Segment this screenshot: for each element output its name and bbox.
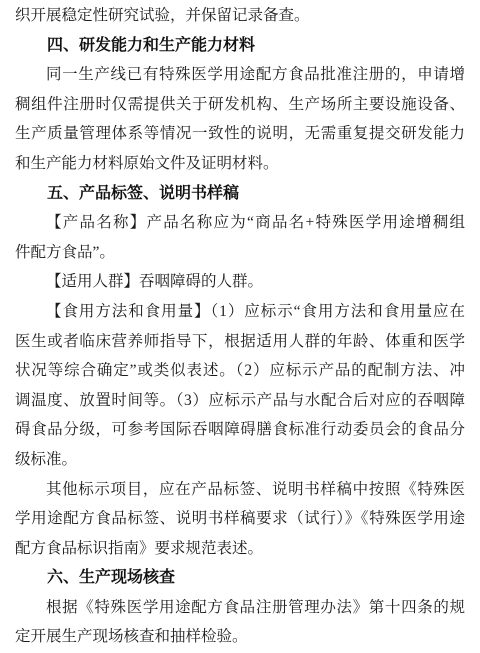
paragraph-line: 织开展稳定性研究试验，并保留记录备查。 bbox=[15, 1, 465, 31]
paragraph-line: 医生或者临床营养师指导下，根据适用人群的年龄、体重和医学 bbox=[15, 327, 465, 357]
paragraph-line: 和生产能力材料原始文件及证明材料。 bbox=[15, 149, 465, 179]
paragraph-line: 【产品名称】产品名称应为“商品名+特殊医学用途增稠组 bbox=[15, 208, 465, 238]
section-heading-5: 五、产品标签、说明书样稿 bbox=[15, 179, 465, 209]
paragraph-line: 级标准。 bbox=[15, 445, 465, 475]
paragraph: 根据《特殊医学用途配方食品注册管理办法》第十四条的规 定开展生产现场核查和抽样检… bbox=[15, 593, 465, 652]
paragraph-line: 状况等综合确定”或类似表述。（2）应标示产品的配制方法、冲 bbox=[15, 356, 465, 386]
section-heading-4: 四、研发能力和生产能力材料 bbox=[15, 31, 465, 61]
paragraph-line: 定开展生产现场核查和抽样检验。 bbox=[15, 622, 465, 652]
paragraph-line: 学用途配方食品标签、说明书样稿要求（试行）》《特殊医学用途 bbox=[15, 504, 465, 534]
paragraph-line: 生产质量管理体系等情况一致性的说明，无需重复提交研发能力 bbox=[15, 119, 465, 149]
paragraph-line: 配方食品标识指南》要求规范表述。 bbox=[15, 534, 465, 564]
paragraph-line: 件配方食品”。 bbox=[15, 238, 465, 268]
paragraph-line: 其他标示项目，应在产品标签、说明书样稿中按照《特殊医 bbox=[15, 475, 465, 505]
paragraph-line: 调温度、放置时间等。（3）应标示产品与水配合后对应的吞咽障 bbox=[15, 386, 465, 416]
paragraph: 同一生产线已有特殊医学用途配方食品批准注册的，申请增 稠组件注册时仅需提供关于研… bbox=[15, 60, 465, 178]
paragraph: 【产品名称】产品名称应为“商品名+特殊医学用途增稠组 件配方食品”。 bbox=[15, 208, 465, 267]
paragraph-line: 根据《特殊医学用途配方食品注册管理办法》第十四条的规 bbox=[15, 593, 465, 623]
paragraph-line: 稠组件注册时仅需提供关于研发机构、生产场所主要设施设备、 bbox=[15, 90, 465, 120]
paragraph-line: 碍食品分级，可参考国际吞咽障碍膳食标准行动委员会的食品分 bbox=[15, 415, 465, 445]
section-heading-6: 六、生产现场核查 bbox=[15, 563, 465, 593]
paragraph-line: 【适用人群】吞咽障碍的人群。 bbox=[15, 267, 465, 297]
paragraph: 其他标示项目，应在产品标签、说明书样稿中按照《特殊医 学用途配方食品标签、说明书… bbox=[15, 475, 465, 564]
paragraph: 【适用人群】吞咽障碍的人群。 bbox=[15, 267, 465, 297]
paragraph-line: 【食用方法和食用量】（1）应标示“食用方法和食用量应在 bbox=[15, 297, 465, 327]
paragraph: 织开展稳定性研究试验，并保留记录备查。 bbox=[15, 1, 465, 31]
document-page: 织开展稳定性研究试验，并保留记录备查。 四、研发能力和生产能力材料 同一生产线已… bbox=[0, 0, 480, 653]
paragraph: 【食用方法和食用量】（1）应标示“食用方法和食用量应在 医生或者临床营养师指导下… bbox=[15, 297, 465, 475]
paragraph-line: 同一生产线已有特殊医学用途配方食品批准注册的，申请增 bbox=[15, 60, 465, 90]
